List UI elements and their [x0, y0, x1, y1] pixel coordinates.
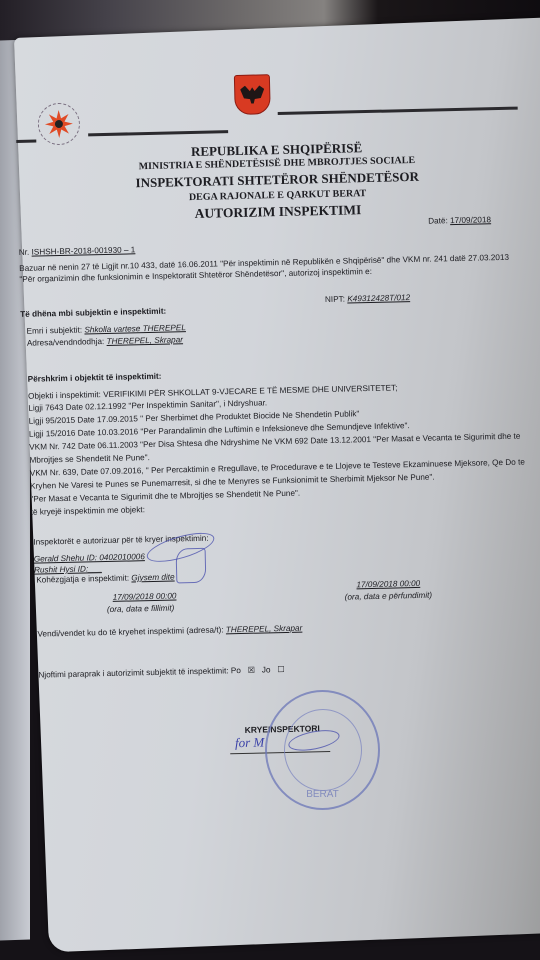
official-stamp: BERAT	[265, 690, 380, 810]
start-datetime: 17/09/2018 00:00	[113, 591, 177, 601]
subject-address: Adresa/vendndodhja: THEREPEL, Skrapar	[27, 335, 183, 348]
albania-coat-of-arms-icon	[234, 74, 271, 115]
object-heading: Përshkrim i objektit të inspektimit:	[28, 372, 162, 384]
authorization-document: REPUBLIKA E SHQIPËRISË MINISTRIA E SHËND…	[0, 0, 540, 960]
subject-address-value: THEREPEL, Skrapar	[106, 335, 183, 346]
object-line: të kryejë inspektimin me objekt:	[31, 505, 145, 517]
po-checkbox-checked: ☒	[248, 666, 256, 675]
start-caption: (ora, data e fillimit)	[107, 604, 175, 615]
jo-label: Jo	[262, 665, 271, 674]
document-content: REPUBLIKA E SHQIPËRISË MINISTRIA E SHËND…	[14, 28, 534, 40]
object-line: Mbrojtjes se Shendetit Ne Pune".	[29, 453, 150, 465]
subject-name-label: Emri i subjektit:	[27, 326, 83, 336]
object-line: Ligji 7643 Date 02.12.1992 "Per Inspekti…	[28, 398, 267, 412]
inspectorate-logo-icon	[37, 103, 80, 146]
nipt-value: K49312428T/012	[347, 293, 410, 303]
duration: Kohëzgjatja e inspektimit: Gjysem dite	[36, 572, 175, 584]
date-label: Datë:	[428, 216, 448, 225]
nr-label: Nr.	[19, 248, 30, 257]
subject-name-value: Shkolla vartese THEREPEL	[84, 323, 186, 334]
document-date: Datë: 17/09/2018	[428, 215, 491, 225]
subject-name: Emri i subjektit: Shkolla vartese THEREP…	[27, 323, 186, 336]
nr-value: ISHSH-BR-2018-001930 – 1	[31, 245, 135, 256]
end-caption: (ora, data e përfundimit)	[345, 591, 433, 602]
prior-notice: Njoftimi paraprak i autorizimit subjekti…	[38, 664, 284, 680]
location-label: Vendi/vendet ku do të kryehet inspektimi…	[37, 625, 223, 638]
jo-checkbox-unchecked: ☐	[277, 665, 285, 674]
chief-inspector-handwriting: for M	[235, 735, 265, 752]
date-value: 17/09/2018	[450, 215, 491, 225]
inspector-1: Gerald Shehu ID: 0402010006	[34, 552, 145, 564]
duration-value: Gjysem dite	[131, 572, 174, 582]
duration-label: Kohëzgjatja e inspektimit:	[36, 574, 129, 585]
object-line: Objekti i inspektimit: VERIFIKIMI PËR SH…	[28, 383, 398, 400]
header-rule-middle	[88, 130, 228, 136]
location-value: THEREPEL, Skrapar	[226, 624, 303, 635]
inspector-2: Rushit Hysi ID:___	[34, 564, 102, 575]
inspector-signature-2	[176, 548, 207, 584]
subject-heading: Të dhëna mbi subjektin e inspektimit:	[20, 307, 166, 319]
header-rule-right	[278, 107, 518, 115]
stamp-text-berat: BERAT	[306, 789, 339, 800]
subject-address-label: Adresa/vendndodhja:	[27, 337, 105, 348]
nipt: NIPT: K49312428T/012	[325, 293, 410, 304]
notice-label: Njoftimi paraprak i autorizimit subjekti…	[38, 666, 241, 680]
nipt-label: NIPT:	[325, 295, 345, 304]
reference-number: Nr. ISHSH-BR-2018-001930 – 1	[19, 245, 136, 257]
end-datetime: 17/09/2018 00:00	[356, 579, 420, 589]
object-line: "Per Masat e Vecanta te Sigurimit dhe te…	[30, 489, 300, 504]
inspection-location: Vendi/vendet ku do të kryehet inspektimi…	[37, 624, 302, 639]
header-rule-left	[16, 140, 36, 143]
